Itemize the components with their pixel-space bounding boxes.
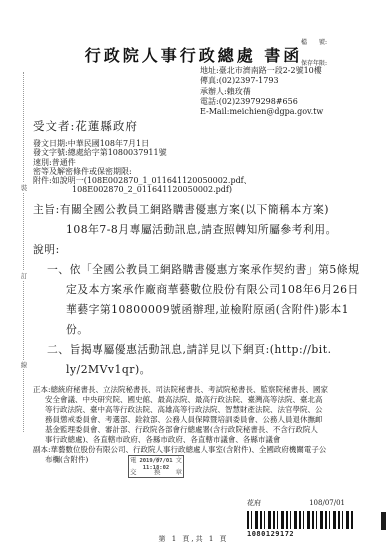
body-line: ly/2MVv1qr)。 [33, 360, 363, 380]
barcode-agency-label: 花府 [247, 499, 261, 508]
body-line: 定及本方案承作廠商華藝數位股份有限公司108年6月26日 [33, 280, 363, 300]
margin-mark-staple: 訂 [19, 271, 29, 280]
delivery-barcode-block: 花府 108/07/01 1080129172 [247, 499, 353, 538]
binding-dotted-line [23, 72, 24, 432]
distribution-line: 布欄(含附件) [33, 455, 363, 465]
meta-line: 附件:如說明一(108E002870_1_011641120050002.pdf… [33, 176, 252, 185]
body-line: 說明: [33, 240, 363, 260]
distribution-line: 副本:華藝數位股份有限公司、行政院人事行政總處人事室(含附件)、全國政府機關電子… [33, 445, 363, 455]
body-line: 一、依「全國公教員工網路購書優惠方案承作契約書」第5條規 [33, 260, 363, 280]
barcode [247, 511, 353, 529]
meta-line: 108E002870_2_011641120050002.pdf) [33, 185, 252, 194]
body-line: 二、旨揭專屬優惠活動訊息,請詳見以下網頁:(http://bit. [33, 340, 363, 360]
barcode-date: 108/07/01 [309, 499, 353, 508]
margin-mark-line: 線 [19, 360, 29, 369]
body-line: 主旨:有關全國公教員工網路購書優惠方案(以下簡稱本方案) [33, 200, 363, 220]
distribution-line: 等行政法院、臺中高等行政法院、高雄高等行政法院、智慧財產法院、法官學院、公 [33, 405, 363, 415]
agency-contact-line: 傳真:(02)2397-1793 [200, 76, 323, 86]
meta-line: 速別:普通件 [33, 158, 252, 167]
distribution-line: 正本:總統府秘書長、立法院秘書長、司法院秘書長、考試院秘書長、監察院秘書長、國家 [33, 385, 363, 395]
margin-mark-bind: 裝 [19, 183, 29, 192]
agency-contact-line: 承辦人:賴玫蒨 [200, 87, 323, 97]
distribution-line: 基金監理委員會、審計部、行政院各部會行總處署(含行政院秘書長、不含行政院人 [33, 425, 363, 435]
stamp-datetime: 2019/07/01 11:18:02 [129, 458, 183, 471]
body-line: 華藝字第10800009號函辦理,並檢附原函(含附件)影本1 [33, 300, 363, 320]
distribution-line: 安全會議、中央研究院、國史館、最高法院、最高行政法院、臺灣高等法院、臺北高 [33, 395, 363, 405]
document-title: 行政院人事行政總處 書函 [0, 43, 387, 66]
distribution-line: 務員懲戒委員會、考選部、銓敘部、公務人員保障暨培訓委員會、公務人員退休撫卹 [33, 415, 363, 425]
distribution-line: 事行政總處)、各直轄市政府、各縣市政府、各直轄市議會、各縣市議會 [33, 435, 363, 445]
body-line: 份。 [33, 320, 363, 340]
agency-contact-line: 地址:臺北市濟南路一段2-2號10樓 [200, 66, 323, 76]
distribution-block: 正本:總統府秘書長、立法院秘書長、司法院秘書長、考試院秘書長、監察院秘書長、國家… [33, 385, 363, 465]
barcode-number: 1080129172 [247, 530, 353, 538]
body-line: 108年7-8月專屬活動訊息,請查照轉知所屬參考利用。 [33, 220, 363, 240]
meta-line: 密等及解密條件或保密期限: [33, 167, 252, 176]
official-letter-page: 檔 號: 保存年限: 行政院人事行政總處 書函 地址:臺北市濟南路一段2-2號1… [0, 0, 387, 548]
stamp-time: 11:18:02 [129, 465, 183, 472]
document-meta-block: 發文日期:中華民國108年7月1日發文字號:總處給字第1080037911號速別… [33, 139, 252, 195]
agency-contact-line: E-Mail:meichien@dgpa.gov.tw [200, 107, 323, 117]
electronic-exchange-stamp: 電 子 文 交 換 章 2019/07/01 11:18:02 [128, 455, 184, 478]
recipient-line: 受文者:花蓮縣政府 [33, 118, 138, 134]
edge-barcode-fragment [381, 512, 386, 530]
agency-contact-block: 地址:臺北市濟南路一段2-2號10樓傳真:(02)2397-1793承辦人:賴玫… [200, 66, 323, 117]
letter-body: 主旨:有關全國公教員工網路購書優惠方案(以下簡稱本方案)108年7-8月專屬活動… [33, 200, 363, 380]
meta-line: 發文字號:總處給字第1080037911號 [33, 148, 252, 157]
agency-contact-line: 電話:(02)23979298#656 [200, 97, 323, 107]
meta-line: 發文日期:中華民國108年7月1日 [33, 139, 252, 148]
